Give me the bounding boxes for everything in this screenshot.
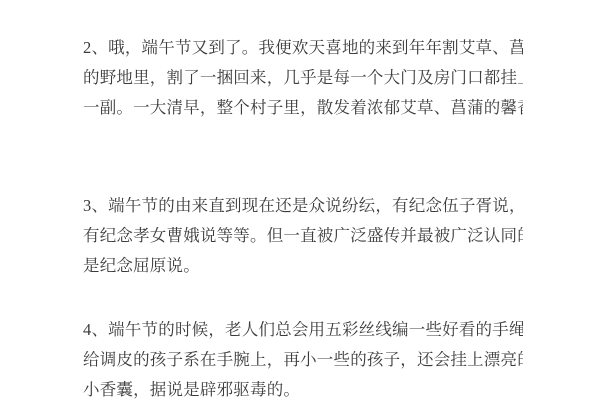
paragraph-2-line-1: 2、哦，端午节又到了。我便欢天喜地的来到年年割艾草、菖蒲 xyxy=(83,33,523,63)
article-body: 2、哦，端午节又到了。我便欢天喜地的来到年年割艾草、菖蒲 的野地里，割了一捆回来… xyxy=(83,33,523,400)
paragraph-3-line-1: 3、端午节的由来直到现在还是众说纷纭，有纪念伍子胥说，亦 xyxy=(83,191,523,221)
document-page: 2、哦，端午节又到了。我便欢天喜地的来到年年割艾草、菖蒲 的野地里，割了一捆回来… xyxy=(0,0,600,400)
paragraph-4: 4、端午节的时候，老人们总会用五彩丝线编一些好看的手绳， 给调皮的孩子系在手腕上… xyxy=(83,315,523,400)
paragraph-2-line-2: 的野地里，割了一捆回来，几乎是每一个大门及房门口都挂上 xyxy=(83,63,523,93)
paragraph-3-line-2: 有纪念孝女曹娥说等等。但一直被广泛盛传并最被广泛认同的 xyxy=(83,221,523,251)
paragraph-3-line-3: 是纪念屈原说。 xyxy=(83,251,523,281)
paragraph-2: 2、哦，端午节又到了。我便欢天喜地的来到年年割艾草、菖蒲 的野地里，割了一捆回来… xyxy=(83,33,523,123)
paragraph-2-line-3: 一副。一大清早，整个村子里，散发着浓郁艾草、菖蒲的馨香。 xyxy=(83,93,523,123)
paragraph-4-line-3: 小香囊，据说是辟邪驱毒的。 xyxy=(83,375,523,400)
paragraph-4-line-2: 给调皮的孩子系在手腕上，再小一些的孩子，还会挂上漂亮的 xyxy=(83,345,523,375)
paragraph-3: 3、端午节的由来直到现在还是众说纷纭，有纪念伍子胥说，亦 有纪念孝女曹娥说等等。… xyxy=(83,191,523,281)
paragraph-4-line-1: 4、端午节的时候，老人们总会用五彩丝线编一些好看的手绳， xyxy=(83,315,523,345)
